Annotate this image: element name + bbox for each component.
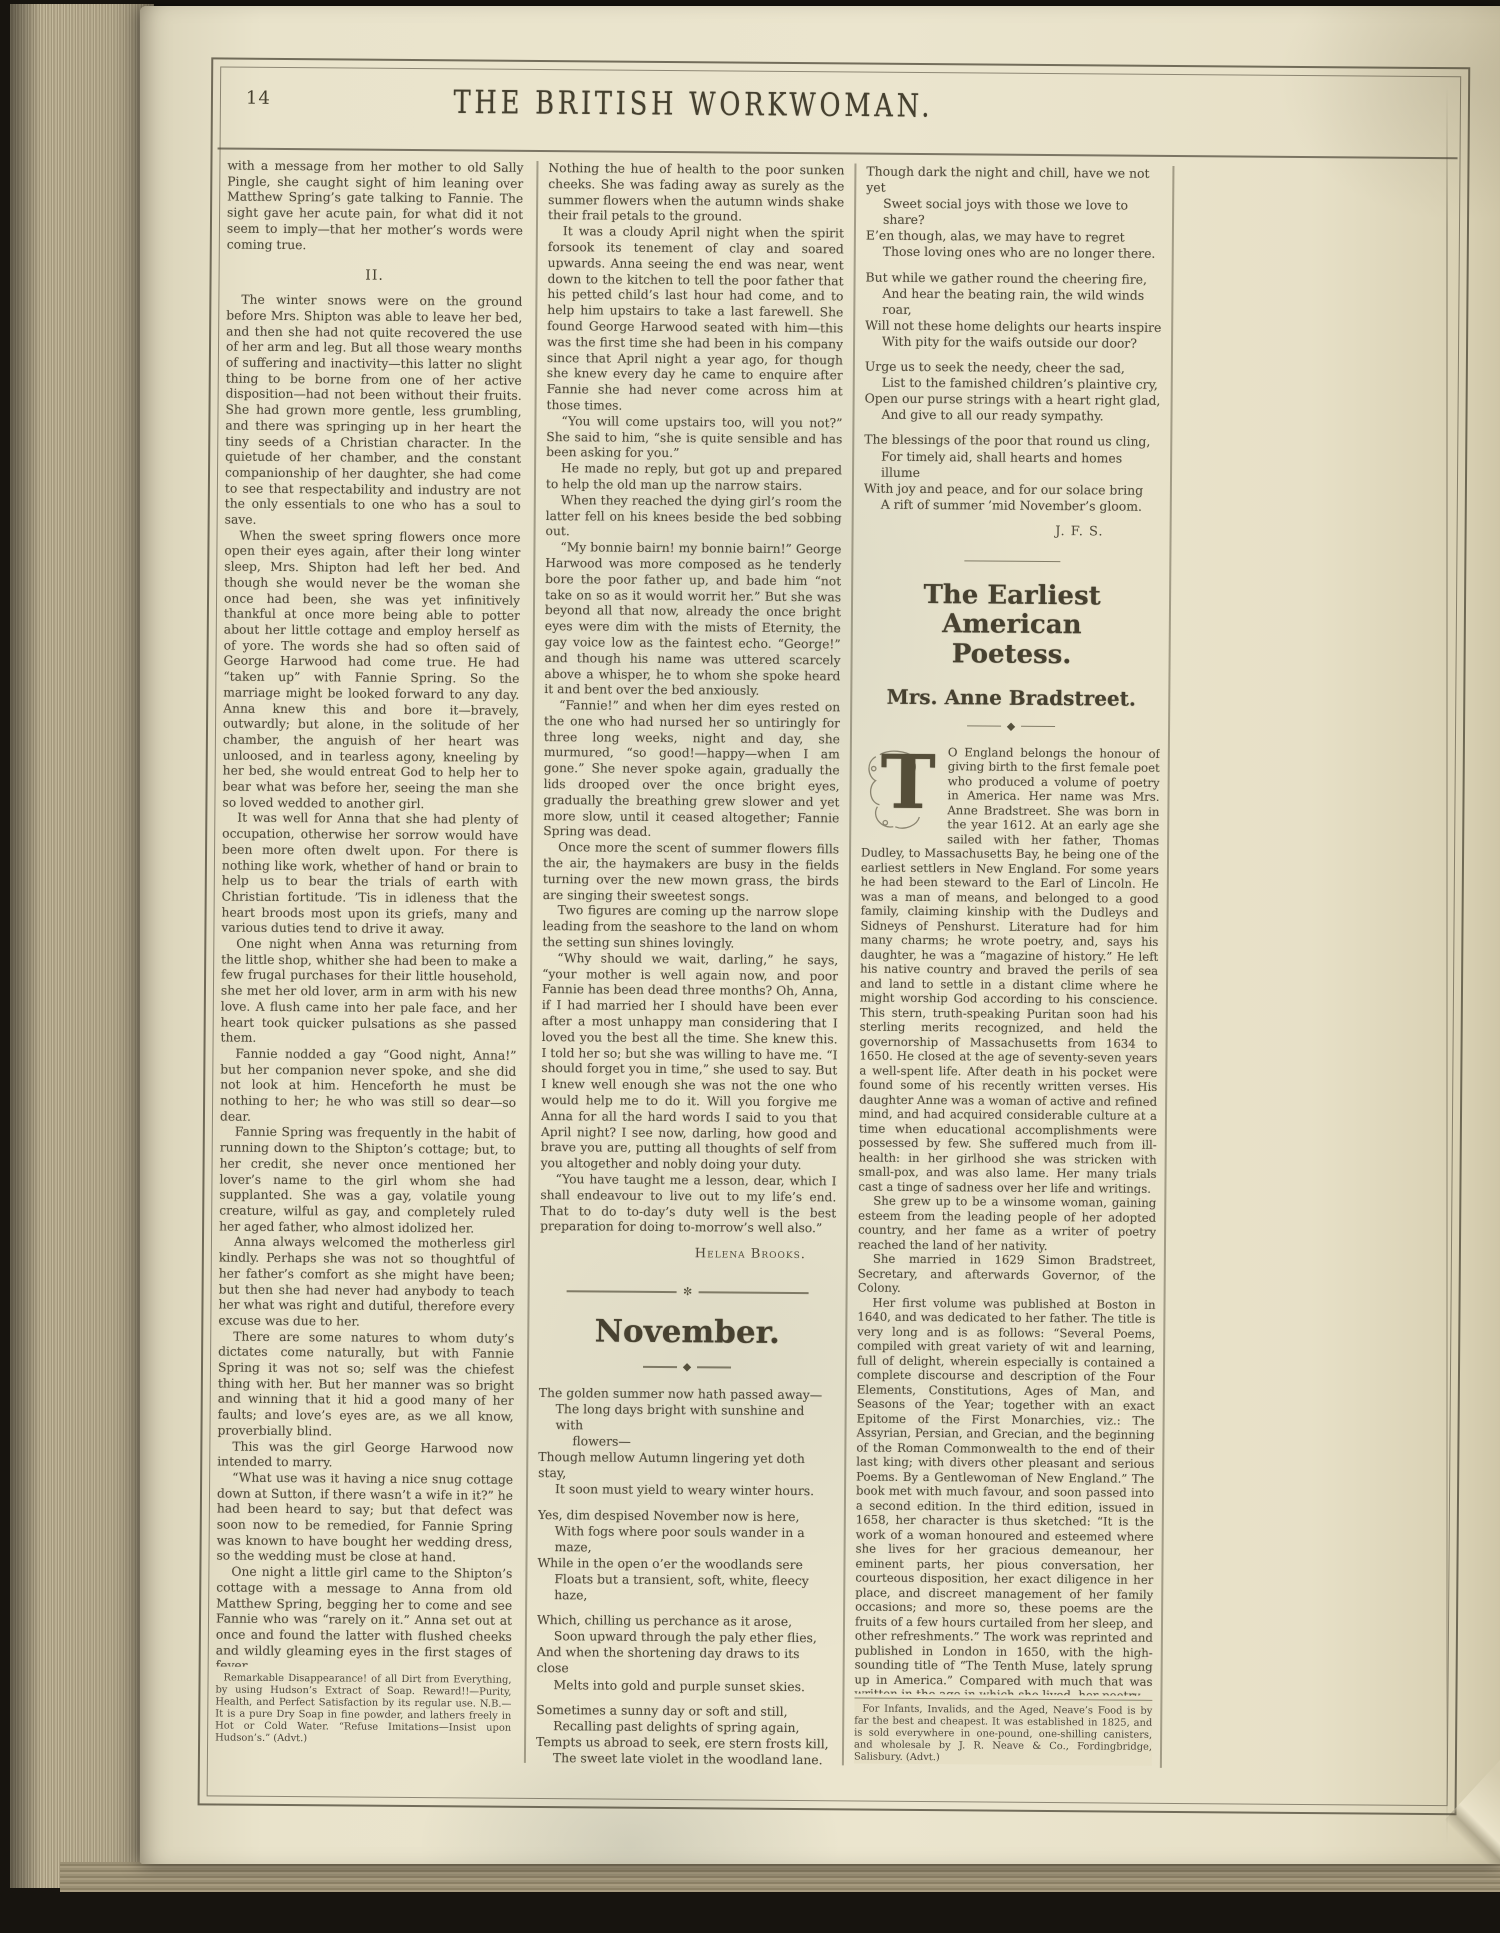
divider-line [967,725,1001,727]
poem-line: Sweet social joys with those we love to … [866,196,1164,231]
divider-line [697,1366,731,1368]
story-paragraph: “You have taught me a lesson, dear, whic… [540,1172,836,1238]
story-paragraph: Two figures are coming up the narrow slo… [542,903,838,953]
illuminated-dropcap: T [861,746,942,835]
poem-line: Yes, dim despised November now is here, [538,1507,834,1525]
article-lead-paragraph: T O England belongs the honour of giving… [858,744,1160,1196]
story-paragraph: It was well for Anna that she had plenty… [221,811,518,939]
column-3-body: Though dark the night and chill, have we… [854,164,1164,1696]
divider-line [567,1291,677,1293]
story-paragraph: “You will come upstairs too, will you no… [546,414,842,464]
author-signature: Helena Brooks. [540,1245,836,1262]
poem-line: With fogs where poor souls wander in a m… [538,1523,834,1558]
divider-line [964,560,1060,562]
poem-line: The long days bright with sunshine and w… [538,1401,834,1436]
plain-divider-rule [863,559,1161,563]
story-paragraph: There are some natures to whom duty’s di… [217,1329,514,1441]
small-divider-ornament: ◆ [539,1361,835,1373]
column-1-body: with a message from her mother to old Sa… [216,159,524,1669]
article-title: The Earliest American Poetess. [863,581,1162,671]
story-paragraph: Fannie Spring was frequently in the habi… [219,1125,516,1237]
diamond-ornament-icon: ◆ [683,1362,692,1372]
article-paragraph: She grew up to be a winsome woman, gaini… [858,1194,1156,1254]
story-paragraph: One night when Anna was returning from t… [221,937,518,1049]
advert-box: For Infants, Invalids, and the Aged, Nea… [854,1697,1153,1766]
story-paragraph: Fannie nodded a gay “Good night, Anna!” … [220,1046,517,1127]
poem-line: Though dark the night and chill, have we… [866,164,1164,199]
story-paragraph: Once more the scent of summer flowers fi… [543,840,839,906]
story-paragraph: Anna always welcomed the motherless girl… [218,1235,515,1332]
poem-line: Sometimes a sunny day or soft and still, [536,1702,832,1720]
poem-line: Floats but a transient, soft, white, fle… [537,1571,833,1606]
poem-line: But while we gather round the cheering f… [866,269,1164,287]
divider-line [643,1366,677,1368]
story-paragraph: “My bonnie bairn! my bonnie bairn!” Geor… [544,540,841,700]
story-paragraph: When the sweet spring flowers once more … [222,528,520,813]
diamond-ornament-icon: ◆ [1007,721,1016,731]
poem-line: Recalling past delights of spring again, [536,1718,832,1736]
story-paragraph: This was the girl George Harwood now int… [217,1439,513,1473]
article-subtitle: Mrs. Anne Bradstreet. [862,684,1160,710]
story-paragraph: It was a cloudy April night when the spi… [547,224,844,416]
poem-line: The sweet late violet in the woodland la… [536,1750,832,1765]
poem-line: Though mellow Autumn lingering yet doth … [538,1449,834,1484]
article-paragraph: She married in 1629 Simon Bradstreet, Se… [858,1252,1156,1298]
poem-line: A rift of summer ’mid November’s gloom. [864,496,1162,514]
story-paragraph: Nothing the hue of health to the poor su… [548,161,844,227]
story-paragraph: “What use was it having a nice snug cott… [216,1470,513,1567]
story-paragraph-list: The winter snows were on the ground befo… [216,293,523,1669]
poem-line: And give to all our ready sympathy. [864,407,1162,425]
poem-line: The blessings of the poor that round us … [864,432,1162,450]
poem-november: The golden summer now hath passed away—T… [536,1385,835,1765]
scanned-page: 14 THE BRITISH WORKWOMAN. with a message… [140,6,1500,1864]
poem-line: And hear the beating rain, the wild wind… [865,285,1163,320]
book-page-edges-left [10,4,154,1888]
poem-line: For timely aid, shall hearts and homes i… [864,448,1162,483]
story-paragraph: “Fannie!” and when her dim eyes rested o… [543,698,840,842]
article-title-line1: The Earliest American [923,580,1100,640]
story-paragraph: One night a little girl came to the Ship… [216,1565,513,1669]
poem-signature: J. F. S. [864,522,1162,539]
column-3: Though dark the night and chill, have we… [854,164,1165,1768]
story-paragraph: with a message from her mother to old Sa… [227,159,524,256]
masthead-title: THE BRITISH WORKWOMAN. [235,83,1152,127]
advert-neaves-food: For Infants, Invalids, and the Aged, Nea… [854,1703,1152,1766]
story-paragraph: “Why should we wait, darling,” he says, … [541,951,839,1174]
dropcap-letter: T [880,738,936,826]
column-2: Nothing the hue of health to the poor su… [536,161,845,1765]
divider-line [1021,726,1055,728]
story-paragraph: When they reached the dying girl’s room … [546,493,842,543]
divider-line [698,1292,808,1294]
story-paragraph: He made no reply, but got up and prepare… [546,461,842,495]
advert-hudsons-soap: Remarkable Disappearance! of all Dirt fr… [215,1672,512,1747]
section-divider-ornament: ✼ [540,1286,836,1298]
story-paragraph-list: It was a cloudy April night when the spi… [540,224,844,1237]
small-divider-ornament: ◆ [862,720,1160,732]
story-paragraph: The winter snows were on the ground befo… [225,293,523,531]
poem-title: November. [539,1314,835,1351]
article-paragraph: Her first volume was published at Boston… [854,1295,1155,1696]
poem-line: Melts into gold and purple sunset skies. [536,1677,832,1695]
article-title-line2: Poetess. [952,639,1072,670]
poem-line: Those loving ones who are no longer ther… [866,244,1164,262]
poem-continuation: Though dark the night and chill, have we… [864,164,1165,515]
article-paragraph-list: She grew up to be a winsome woman, gaini… [854,1194,1156,1696]
column-1: with a message from her mother to old Sa… [215,159,524,1763]
poem-line: It soon must yield to weary winter hours… [538,1481,834,1499]
poem-line: With pity for the waifs outside our door… [865,333,1163,351]
printed-area: 14 THE BRITISH WORKWOMAN. with a message… [132,1,1500,1870]
poem-line: And when the shortening day draws to its… [537,1644,833,1679]
knot-ornament-icon: ✼ [683,1287,692,1297]
chapter-heading: II. [227,267,523,285]
